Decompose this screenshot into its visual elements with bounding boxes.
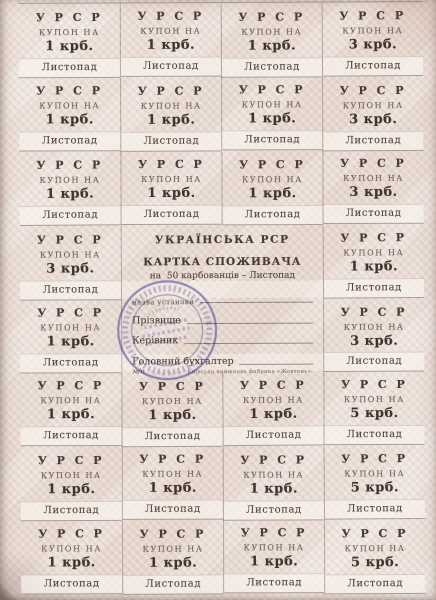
coupon-value: 1 крб. — [47, 407, 95, 422]
coupon: У Р С Р КУПОН НА 1 крб. Листопад — [222, 372, 324, 447]
coupon-month-band: Листопад — [224, 573, 324, 593]
coupon-label: КУПОН НА — [143, 545, 204, 554]
coupon-month-band: Листопад — [222, 57, 322, 77]
coupon-label: КУПОН НА — [342, 26, 403, 35]
coupon: У Р С Р КУПОН НА 1 крб. Листопад — [19, 4, 120, 78]
coupon-month: Листопад — [245, 209, 301, 220]
coupon-month: Листопад — [346, 356, 402, 367]
coupon-month: Листопад — [143, 61, 199, 72]
coupon-label: КУПОН НА — [141, 101, 202, 110]
field-fill-line — [184, 333, 313, 344]
coupon-label: КУПОН НА — [140, 27, 201, 36]
coupon-value: 1 крб. — [45, 39, 93, 54]
coupon-org: У Р С Р — [342, 527, 409, 540]
coupon-month-band: Листопад — [325, 425, 425, 445]
coupon: У Р С Р КУПОН НА 1 крб. Листопад — [20, 372, 121, 446]
coupon-month-band: Листопад — [19, 58, 120, 78]
coupon-month-band: Листопад — [123, 574, 223, 594]
coupon-month: Листопад — [44, 578, 100, 589]
coupon-label: КУПОН НА — [344, 395, 405, 404]
coupon: У Р С Р КУПОН НА 1 крб. Листопад — [122, 521, 223, 595]
scanned-coupon-sheet: УКРАЇНСЬКА РСР КАРТКА СПОЖИВАЧА на 50 ка… — [0, 0, 436, 600]
coupon: У Р С Р КУПОН НА 1 крб. Листопад — [21, 520, 122, 594]
coupon-org: У Р С Р — [340, 84, 407, 97]
coupon-org: У Р С Р — [239, 83, 306, 96]
coupon-month: Листопад — [42, 135, 98, 146]
coupon-month: Листопад — [145, 431, 201, 442]
coupon-value: 3 крб. — [46, 261, 94, 276]
coupon-value: 1 крб. — [248, 111, 296, 126]
coupon-month: Листопад — [246, 505, 302, 516]
coupon-label: КУПОН НА — [343, 101, 404, 110]
coupon-value: 5 крб. — [351, 555, 399, 570]
coupon-month-band: Листопад — [121, 56, 221, 76]
coupon-label: КУПОН НА — [39, 175, 100, 184]
coupon-value: 1 крб. — [248, 186, 296, 201]
card-subtitle: на 50 карбованців – Листопад — [132, 270, 313, 281]
coupon-org: У Р С Р — [36, 84, 103, 97]
coupon-month: Листопад — [347, 578, 403, 589]
coupon-value: 1 крб. — [48, 555, 96, 570]
coupon-value: 1 крб. — [250, 554, 298, 569]
card-country: УКРАЇНСЬКА РСР — [132, 233, 313, 246]
coupon-label: КУПОН НА — [241, 27, 302, 36]
coupon-org: У Р С Р — [37, 306, 104, 319]
coupon: У Р С Р КУПОН НА 1 крб. Листопад — [120, 3, 221, 77]
coupon-month-band: Листопад — [324, 277, 424, 298]
coupon-month-band: Листопад — [123, 500, 223, 520]
coupon: У Р С Р КУПОН НА 3 крб. Листопад — [322, 149, 423, 223]
field-label: Прізвище — [132, 315, 181, 326]
coupon-org: У Р С Р — [138, 158, 205, 171]
coupon-month-band: Листопад — [21, 426, 122, 446]
coupon-org: У Р С Р — [38, 454, 105, 467]
coupon-label: КУПОН НА — [40, 323, 101, 332]
coupon: У Р С Р КУПОН НА 1 крб. Листопад — [221, 151, 322, 225]
coupon-value: 1 крб. — [147, 112, 195, 127]
coupon: У Р С Р КУПОН НА 1 крб. Листопад — [223, 447, 324, 521]
coupon: У Р С Р КУПОН НА 5 крб. Листопад — [323, 371, 424, 445]
coupon-value: 1 крб. — [149, 556, 197, 571]
coupon-value: 1 крб. — [46, 186, 94, 201]
coupon: У Р С Р КУПОН НА 1 крб. Листопад — [19, 151, 121, 226]
coupon-value: 1 крб. — [47, 482, 95, 497]
coupon-org: У Р С Р — [36, 11, 103, 24]
coupon: У Р С Р КУПОН НА 5 крб. Листопад — [324, 445, 426, 520]
coupon-org: У Р С Р — [140, 528, 207, 541]
coupon-value: 1 крб. — [46, 112, 94, 127]
coupon-label: КУПОН НА — [243, 471, 304, 480]
coupon-month: Листопад — [346, 282, 402, 293]
field-row-surname: Прізвище — [132, 313, 313, 326]
coupon-month-band: Листопад — [223, 205, 323, 225]
coupon-label: КУПОН НА — [39, 101, 100, 110]
coupon-value: 1 крб. — [148, 408, 196, 423]
coupon-value: 1 крб. — [47, 334, 95, 349]
coupon: У Р С Р КУПОН НА 1 крб. Листопад — [120, 151, 221, 225]
organization-fill-line — [200, 292, 313, 303]
coupon-month: Листопад — [43, 357, 99, 368]
field-row-accountant: Головний бухгалтер — [132, 354, 313, 367]
coupon-label: КУПОН НА — [242, 175, 303, 184]
coupon-month-band: Листопад — [21, 501, 122, 521]
coupon-value: 1 крб. — [147, 186, 195, 201]
coupon-label: КУПОН НА — [40, 250, 101, 259]
coupon-month-band: Листопад — [324, 203, 424, 223]
coupon-org: У Р С Р — [138, 84, 205, 97]
coupon-value: 3 крб. — [349, 112, 397, 127]
coupon: У Р С Р КУПОН НА 1 крб. Листопад — [122, 446, 223, 520]
coupon-value: 5 крб. — [351, 480, 399, 495]
coupon-label: КУПОН НА — [344, 322, 405, 331]
coupon-month-band: Листопад — [324, 352, 424, 372]
coupon-label: КУПОН НА — [344, 469, 405, 478]
card-title: КАРТКА СПОЖИВАЧА — [132, 255, 313, 268]
coupon-label: КУПОН НА — [141, 175, 202, 184]
coupon: У Р С Р КУПОН НА 1 крб. Листопад — [20, 299, 121, 373]
coupon-month: Листопад — [347, 429, 403, 440]
coupon-org: У Р С Р — [341, 305, 408, 318]
coupon-org: У Р С Р — [37, 233, 104, 246]
coupon-month: Листопад — [145, 578, 201, 589]
coupon-month: Листопад — [143, 135, 199, 146]
coupon: У Р С Р КУПОН НА 1 крб. Листопад — [223, 519, 324, 593]
coupon-label: КУПОН НА — [142, 470, 203, 479]
coupon-value: 3 крб. — [350, 333, 398, 348]
coupon: У Р С Р КУПОН НА 1 крб. Листопад — [21, 447, 122, 521]
coupon: У Р С Р КУПОН НА 1 крб. Листопад — [221, 3, 322, 77]
organization-line: назва установи — [132, 292, 313, 305]
coupon: У Р С Р КУПОН НА 3 крб. Листопад — [322, 2, 424, 77]
coupon-org: У Р С Р — [240, 379, 307, 392]
coupon-label: КУПОН НА — [343, 174, 404, 183]
coupon-org: У Р С Р — [38, 527, 105, 540]
coupon-month: Листопад — [43, 284, 99, 295]
coupon-month-band: Листопад — [19, 131, 120, 151]
coupon-month: Листопад — [44, 505, 100, 516]
coupon-org: У Р С Р — [239, 158, 306, 171]
coupon-label: КУПОН НА — [343, 248, 404, 257]
coupon-label: КУПОН НА — [242, 100, 303, 109]
coupon-month-band: Листопад — [325, 574, 425, 594]
field-label: Керівник — [132, 335, 178, 346]
coupon-month: Листопад — [43, 430, 99, 441]
field-fill-line — [187, 313, 313, 324]
coupon-month: Листопад — [244, 61, 300, 72]
coupon-org: У Р С Р — [240, 454, 307, 467]
coupon-org: У Р С Р — [36, 158, 103, 171]
coupon-label: КУПОН НА — [41, 471, 102, 480]
coupon-label: КУПОН НА — [244, 543, 305, 552]
coupon: У Р С Р КУПОН НА 1 крб. Листопад — [120, 77, 221, 151]
coupon-value: 1 крб. — [248, 38, 296, 53]
coupon: У Р С Р КУПОН НА 1 крб. Листопад — [323, 224, 425, 299]
coupon-label: КУПОН НА — [243, 396, 304, 405]
organization-caption: назва установи — [132, 298, 194, 306]
coupon-month: Листопад — [345, 60, 401, 71]
coupon-label: КУПОН НА — [41, 544, 102, 553]
coupon-label: КУПОН НА — [345, 544, 406, 553]
coupon-value: 3 крб. — [349, 185, 397, 200]
coupon-org: У Р С Р — [139, 380, 206, 393]
coupon-month-band: Листопад — [20, 280, 121, 300]
coupon-month: Листопад — [345, 135, 401, 146]
coupon-month: Листопад — [144, 208, 200, 219]
coupon-month-band: Листопад — [20, 353, 121, 373]
coupon-org: У Р С Р — [137, 10, 204, 23]
coupon-month-band: Листопад — [122, 204, 222, 224]
coupon-grid: УКРАЇНСЬКА РСР КАРТКА СПОЖИВАЧА на 50 ка… — [19, 1, 426, 595]
coupon-month-band: Листопад — [121, 131, 221, 151]
coupon-month-band: Листопад — [123, 427, 223, 447]
coupon-month: Листопад — [244, 134, 300, 145]
coupon-org: У Р С Р — [241, 526, 308, 539]
coupon-value: 1 крб. — [149, 481, 197, 496]
coupon: У Р С Р КУПОН НА 1 крб. Листопад — [19, 77, 120, 151]
coupon-month-band: Листопад — [323, 131, 423, 151]
coupon: У Р С Р КУПОН НА 3 крб. Листопад — [323, 298, 424, 372]
coupon-org: У Р С Р — [238, 10, 305, 23]
coupon-month: Листопад — [346, 207, 402, 218]
coupon-org: У Р С Р — [340, 231, 407, 244]
coupon-org: У Р С Р — [38, 379, 105, 392]
coupon-value: 1 крб. — [250, 482, 298, 497]
consumer-card: УКРАЇНСЬКА РСР КАРТКА СПОЖИВАЧА на 50 ка… — [121, 224, 324, 373]
coupon: У Р С Р КУПОН НА 5 крб. Листопад — [324, 520, 425, 594]
coupon-month: Листопад — [347, 503, 403, 514]
coupon-month-band: Листопад — [20, 205, 121, 226]
field-label: Головний бухгалтер — [132, 356, 233, 367]
coupon-org: У Р С Р — [139, 453, 206, 466]
coupon-month: Листопад — [246, 577, 302, 588]
coupon-month-band: Листопад — [325, 499, 425, 520]
coupon-org: У Р С Р — [340, 157, 407, 170]
coupon-month-band: Листопад — [224, 500, 324, 520]
coupon-label: КУПОН НА — [39, 28, 100, 37]
coupon-month: Листопад — [145, 504, 201, 515]
coupon-org: У Р С Р — [341, 452, 408, 465]
coupon-month: Листопад — [42, 62, 98, 73]
coupon-month: Листопад — [42, 209, 98, 220]
coupon-month-band: Листопад — [222, 130, 322, 150]
coupon-value: 1 крб. — [147, 38, 195, 53]
coupon: У Р С Р КУПОН НА 3 крб. Листопад — [322, 77, 423, 151]
coupon-org: У Р С Р — [339, 9, 406, 22]
coupon-month-band: Листопад — [224, 426, 324, 447]
coupon-value: 1 крб. — [350, 259, 398, 274]
coupon: У Р С Р КУПОН НА 1 крб. Листопад — [121, 373, 222, 447]
coupon-label: КУПОН НА — [142, 397, 203, 406]
coupon-org: У Р С Р — [341, 378, 408, 391]
coupon: У Р С Р КУПОН НА 1 крб. Листопад — [221, 76, 322, 150]
field-row-director: Керівник — [132, 333, 313, 346]
coupon-month-band: Листопад — [21, 574, 122, 594]
coupon-value: 3 крб. — [349, 37, 397, 52]
coupon-value: 1 крб. — [249, 407, 297, 422]
coupon: У Р С Р КУПОН НА 3 крб. Листопад — [20, 226, 121, 300]
field-fill-line — [240, 354, 314, 365]
coupon-month: Листопад — [246, 430, 302, 441]
coupon-value: 5 крб. — [350, 406, 398, 421]
coupon-label: КУПОН НА — [41, 396, 102, 405]
coupon-month-band: Листопад — [323, 56, 423, 77]
